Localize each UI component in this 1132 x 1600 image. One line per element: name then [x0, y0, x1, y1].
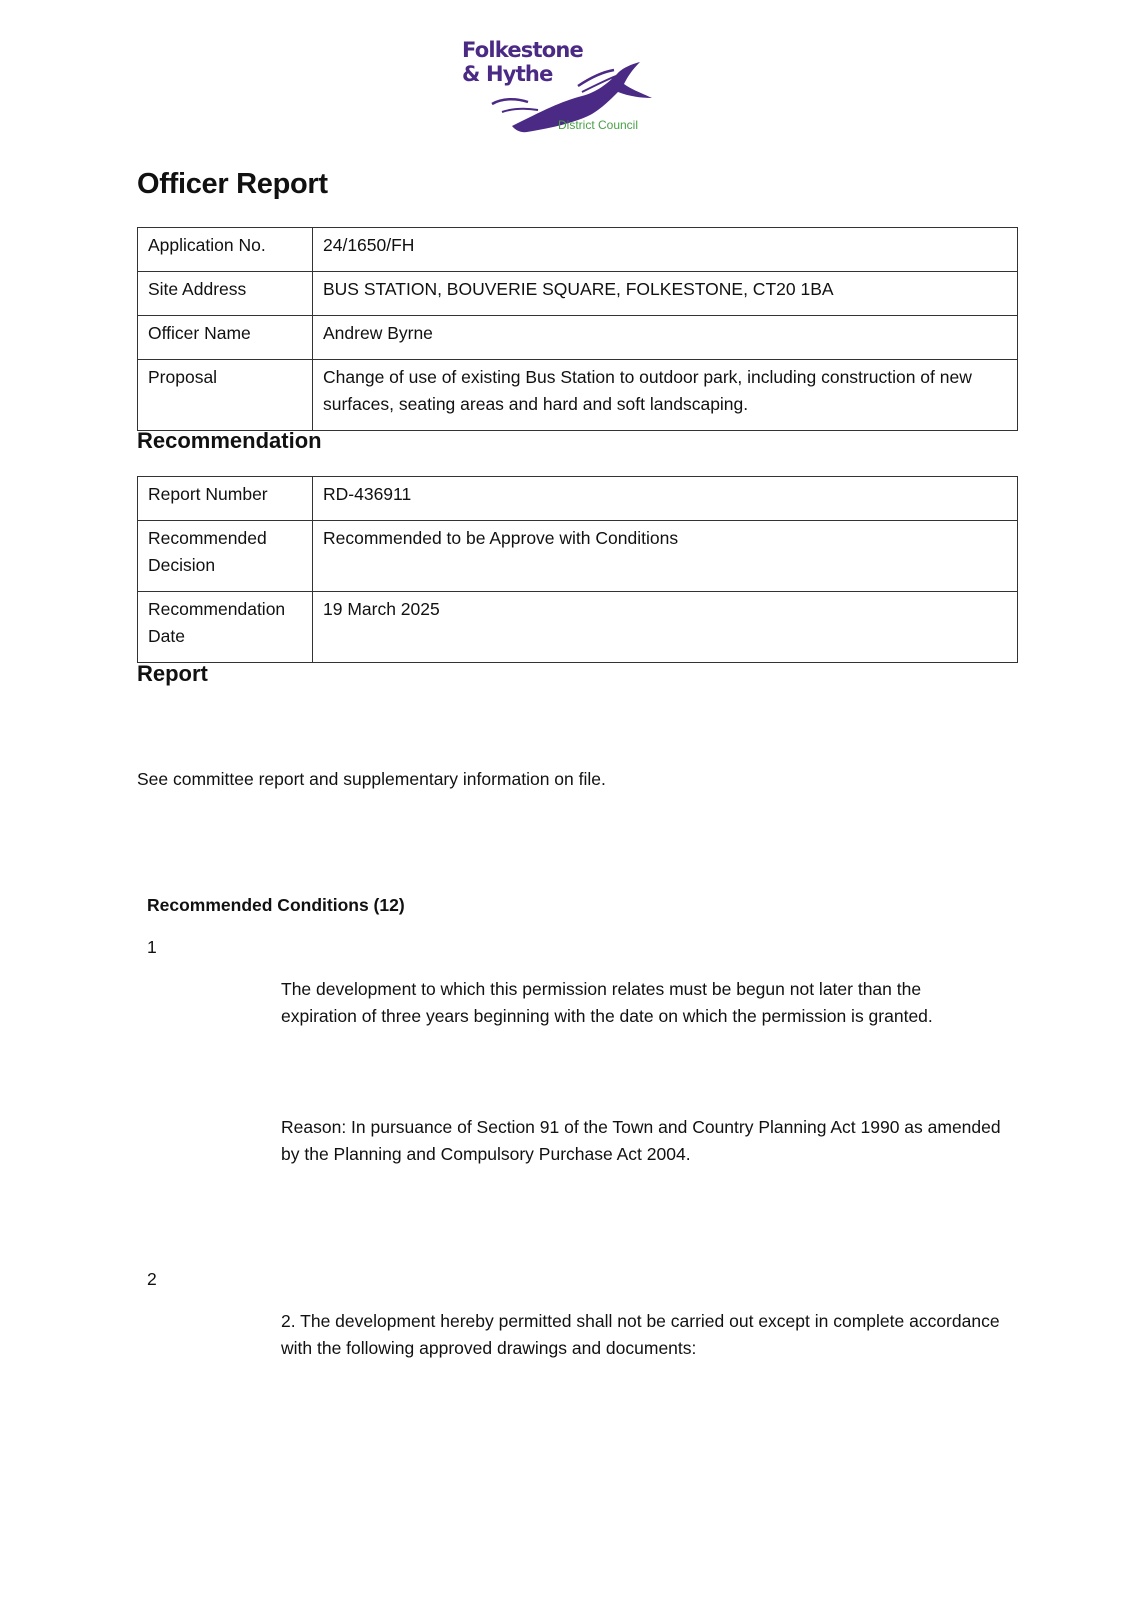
report-text: See committee report and supplementary i…	[137, 766, 606, 793]
council-logo: Folkestone & Hythe District Council	[462, 38, 662, 138]
table-row: Application No. 24/1650/FH	[138, 228, 1018, 272]
table-row: Recommendation Date 19 March 2025	[138, 592, 1018, 663]
row-label: Report Number	[138, 477, 313, 521]
table-row: Proposal Change of use of existing Bus S…	[138, 360, 1018, 431]
row-label: Recommendation Date	[138, 592, 313, 663]
row-value: Andrew Byrne	[313, 316, 1018, 360]
table-row: Report Number RD-436911	[138, 477, 1018, 521]
logo-text-line1: Folkestone	[462, 40, 583, 61]
recommendation-heading: Recommendation	[137, 428, 322, 454]
logo-text-line2: & Hythe	[462, 64, 553, 85]
condition-text: 2. The development hereby permitted shal…	[281, 1308, 1001, 1362]
row-value: 24/1650/FH	[313, 228, 1018, 272]
row-label: Officer Name	[138, 316, 313, 360]
row-label: Proposal	[138, 360, 313, 431]
condition-number: 2	[147, 1266, 157, 1293]
recommendation-table: Report Number RD-436911 Recommended Deci…	[137, 476, 1018, 663]
table-row: Site Address BUS STATION, BOUVERIE SQUAR…	[138, 272, 1018, 316]
row-label: Site Address	[138, 272, 313, 316]
table-row: Officer Name Andrew Byrne	[138, 316, 1018, 360]
conditions-heading: Recommended Conditions (12)	[147, 892, 405, 919]
condition-text: The development to which this permission…	[281, 976, 1001, 1030]
page-title: Officer Report	[137, 168, 328, 201]
report-heading: Report	[137, 661, 208, 687]
application-details-table: Application No. 24/1650/FH Site Address …	[137, 227, 1018, 431]
condition-reason: Reason: In pursuance of Section 91 of th…	[281, 1114, 1001, 1168]
row-value: Recommended to be Approve with Condition…	[313, 521, 1018, 592]
row-label: Recommended Decision	[138, 521, 313, 592]
row-value: Change of use of existing Bus Station to…	[313, 360, 1018, 431]
row-label: Application No.	[138, 228, 313, 272]
row-value: RD-436911	[313, 477, 1018, 521]
table-row: Recommended Decision Recommended to be A…	[138, 521, 1018, 592]
condition-number: 1	[147, 934, 157, 961]
row-value: 19 March 2025	[313, 592, 1018, 663]
row-value: BUS STATION, BOUVERIE SQUARE, FOLKESTONE…	[313, 272, 1018, 316]
logo-subtitle: District Council	[558, 118, 638, 132]
